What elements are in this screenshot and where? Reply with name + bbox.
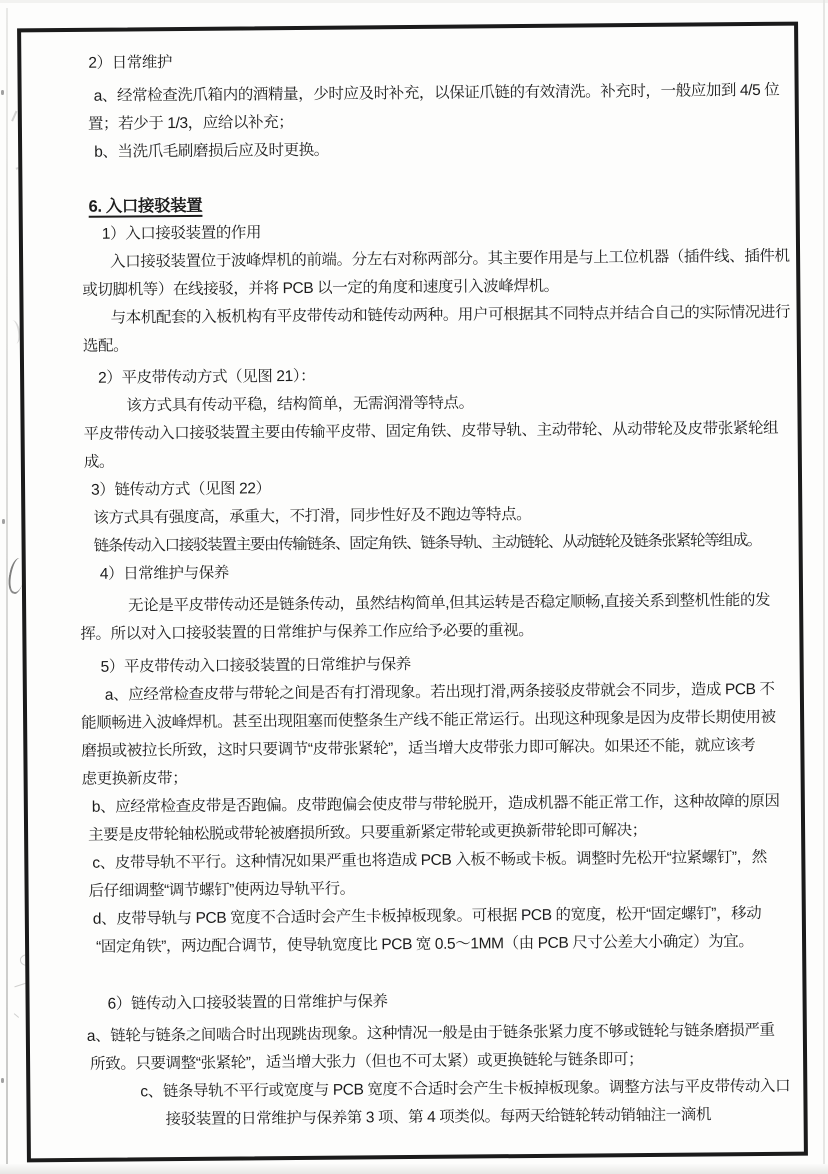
document-content: 2）日常维护a、经常检查洗爪箱内的酒精量，少时应及时补充，以保证爪链的有效清洗。… (21, 26, 804, 1159)
text-line: 入口接驳装置位于波峰焊机的前端。分左右对称两部分。其主要作用是与上工位机器（插件… (110, 243, 790, 277)
scan-speck (1, 90, 4, 95)
text-line: 接驳装置的日常维护与保养第 3 项、第 4 项类似。每两天给链轮转动销轴注一滴机 (165, 1101, 797, 1135)
page-border-frame: 2）日常维护a、经常检查洗爪箱内的酒精量，少时应及时补充，以保证爪链的有效清洗。… (17, 22, 808, 1163)
paper-edge-right (823, 0, 825, 1174)
paper-edge-top (0, 0, 828, 3)
scanned-page: 2）日常维护a、经常检查洗爪箱内的酒精量，少时应及时补充，以保证爪链的有效清洗。… (0, 0, 828, 1174)
text-line: 无论是平皮带传动还是链条传动，虽然结构简单,但其运转是否稳定顺畅,直接关系到整机… (128, 587, 793, 621)
paper-edge-bottom (0, 1164, 828, 1174)
scan-speck (1, 1078, 4, 1083)
scan-speck (2, 519, 5, 524)
margin-handwriting-mark (14, 1007, 24, 1018)
paper-edge-left (6, 8, 8, 1170)
text-line: 与本机配套的入板机构有平皮带传动和链传动两种。用户可根据其不同特点并结合自己的实… (110, 299, 790, 333)
